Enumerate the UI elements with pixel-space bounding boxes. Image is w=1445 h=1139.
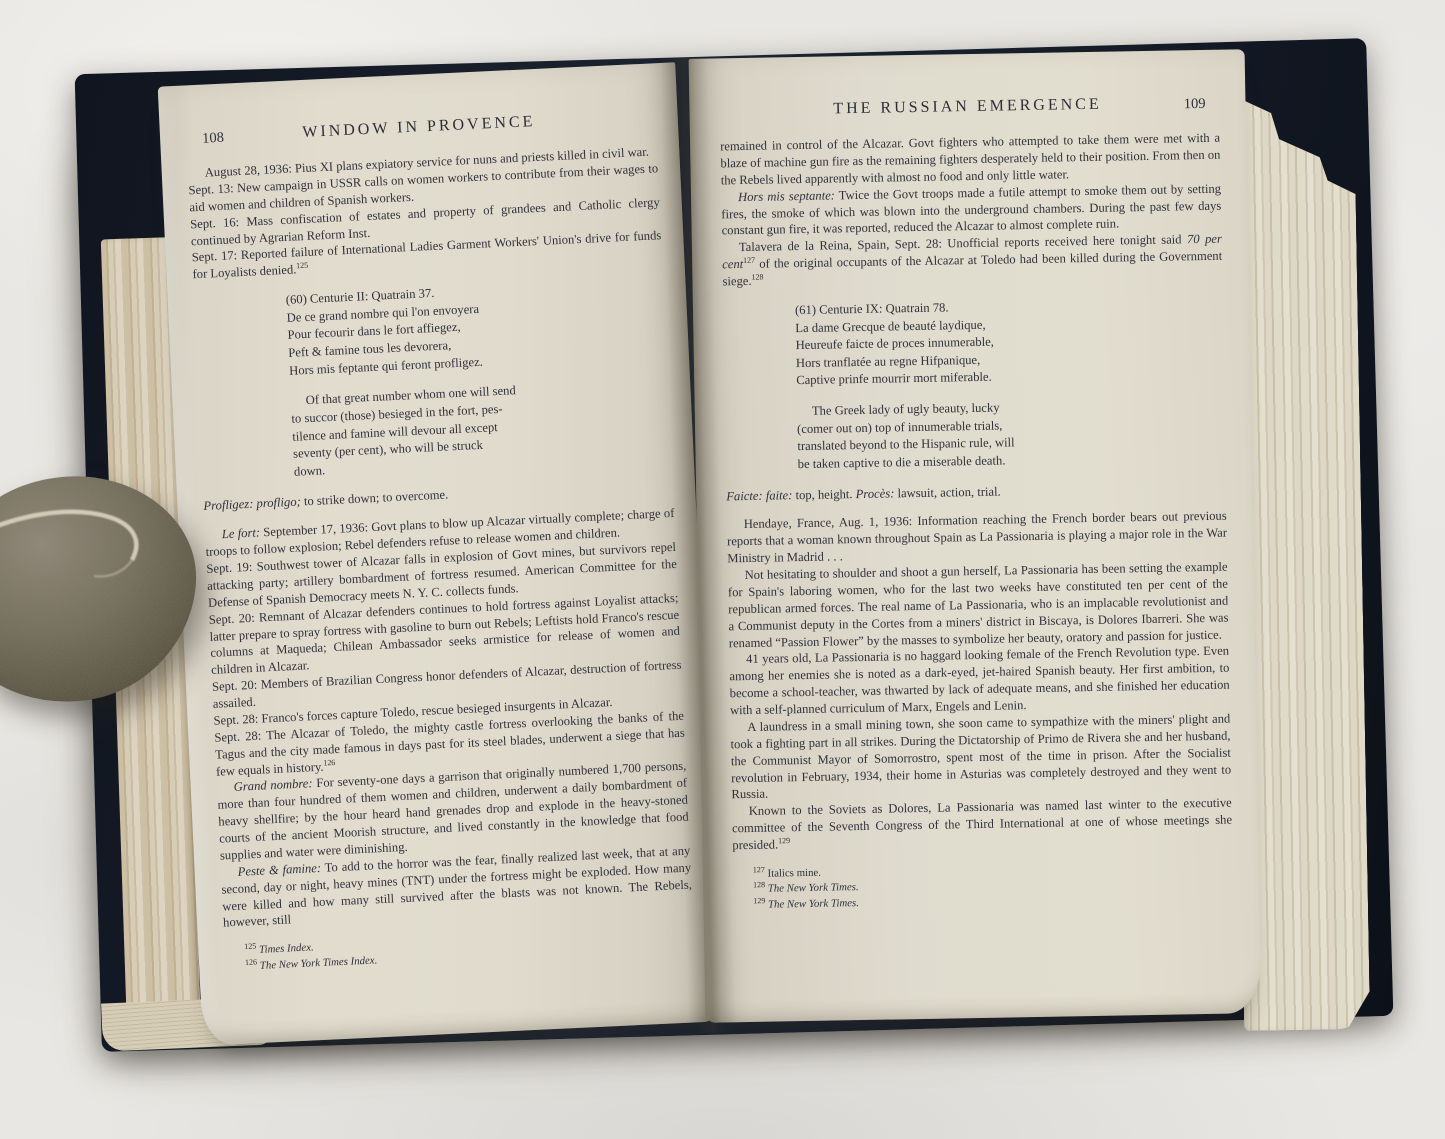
text-run: top, height. (792, 487, 856, 502)
text-run: remained in control of the Alcazar. Govt… (720, 131, 1220, 187)
paragraph: Hors mis septante: Twice the Govt troops… (721, 180, 1222, 239)
footnote-ref: 126 (323, 757, 335, 767)
paragraph: Known to the Soviets as Dolores, La Pass… (732, 795, 1233, 854)
text-run: Hendaye, France, Aug. 1, 1936: Informati… (727, 509, 1227, 565)
footnote-ref: 125 (296, 261, 308, 271)
text-run: Procès: (856, 486, 895, 501)
quatrain: (60) Centurie II: Quatrain 37.De ce gran… (285, 274, 667, 380)
translation: The Greek lady of ugly beauty, lucky(com… (797, 396, 1226, 474)
right-page-footnotes: 127 Italics mine.128 The New York Times.… (733, 858, 1234, 913)
footnote-number: 128 (753, 880, 765, 889)
left-page-text: August 28, 1936: Pius XI plans expiatory… (187, 143, 693, 932)
text-run: 41 years old, La Passionaria is no hagga… (729, 644, 1229, 717)
quatrain: (61) Centurie IX: Quatrain 78.La dame Gr… (795, 295, 1224, 391)
footnote-ref: 127 (743, 256, 755, 265)
right-page-text: remained in control of the Alcazar. Govt… (720, 130, 1232, 854)
footnote-number: 129 (753, 896, 765, 905)
paragraph: Not hesitating to shoulder and shoot a g… (728, 559, 1229, 652)
left-page-column: August 28, 1936: Pius XI plans expiatory… (187, 143, 698, 1036)
footnote-ref: 129 (778, 836, 790, 845)
text-run: Le fort: (222, 526, 261, 542)
footnote-number: 126 (245, 957, 257, 967)
text-run: Faicte: faite: (726, 488, 792, 503)
stone-texture (0, 476, 196, 701)
footnote-number: 125 (244, 942, 256, 952)
stone-paperweight (0, 448, 214, 710)
paragraph: Hendaye, France, Aug. 1, 1936: Informati… (727, 508, 1228, 567)
right-page: 109 THE RUSSIAN EMERGENCE remained in co… (689, 49, 1262, 1023)
left-running-head: WINDOW IN PROVENCE (160, 106, 678, 148)
text-run: Hors mis septante: (738, 188, 835, 204)
text-run: of the original occupants of the Alcazar… (722, 249, 1222, 289)
photo-background: 108 WINDOW IN PROVENCE August 28, 1936: … (0, 0, 1445, 1139)
footnote-number: 127 (753, 865, 765, 874)
translation: Of that great number whom one will sendt… (290, 375, 672, 481)
text-run: Not hesitating to shoulder and shoot a g… (728, 560, 1229, 650)
text-run: A laundress in a small mining town, she … (730, 711, 1231, 801)
paragraph: Faicte: faite: top, height. Procès: laws… (726, 479, 1226, 505)
paragraph: remained in control of the Alcazar. Govt… (720, 130, 1221, 189)
footnote-ref: 128 (751, 272, 763, 281)
text-run: The New York Times. (768, 881, 859, 895)
text-run: Peste & famine: (237, 861, 321, 879)
left-page: 108 WINDOW IN PROVENCE August 28, 1936: … (158, 62, 721, 1045)
paragraph: 41 years old, La Passionaria is no hagga… (729, 643, 1230, 719)
text-run: Grand nombre: (233, 777, 312, 795)
text-run: Profligez: profligo; (203, 495, 301, 514)
text-run: Known to the Soviets as Dolores, La Pass… (732, 796, 1232, 852)
text-run: The New York Times. (768, 897, 859, 911)
left-page-footnotes: 125 Times Index.126 The New York Times I… (224, 923, 695, 976)
paragraph: A laundress in a small mining town, she … (730, 710, 1231, 803)
right-page-column: remained in control of the Alcazar. Govt… (720, 130, 1235, 1015)
text-run: to strike down; to overcome. (300, 488, 448, 509)
text-run: Italics mine. (767, 867, 821, 880)
paragraph: Talavera de la Reina, Spain, Sept. 28: U… (722, 231, 1223, 290)
text-run: Times Index. (259, 942, 314, 957)
right-running-head: THE RUSSIAN EMERGENCE (689, 93, 1245, 121)
text-run: lawsuit, action, trial. (894, 484, 1001, 500)
